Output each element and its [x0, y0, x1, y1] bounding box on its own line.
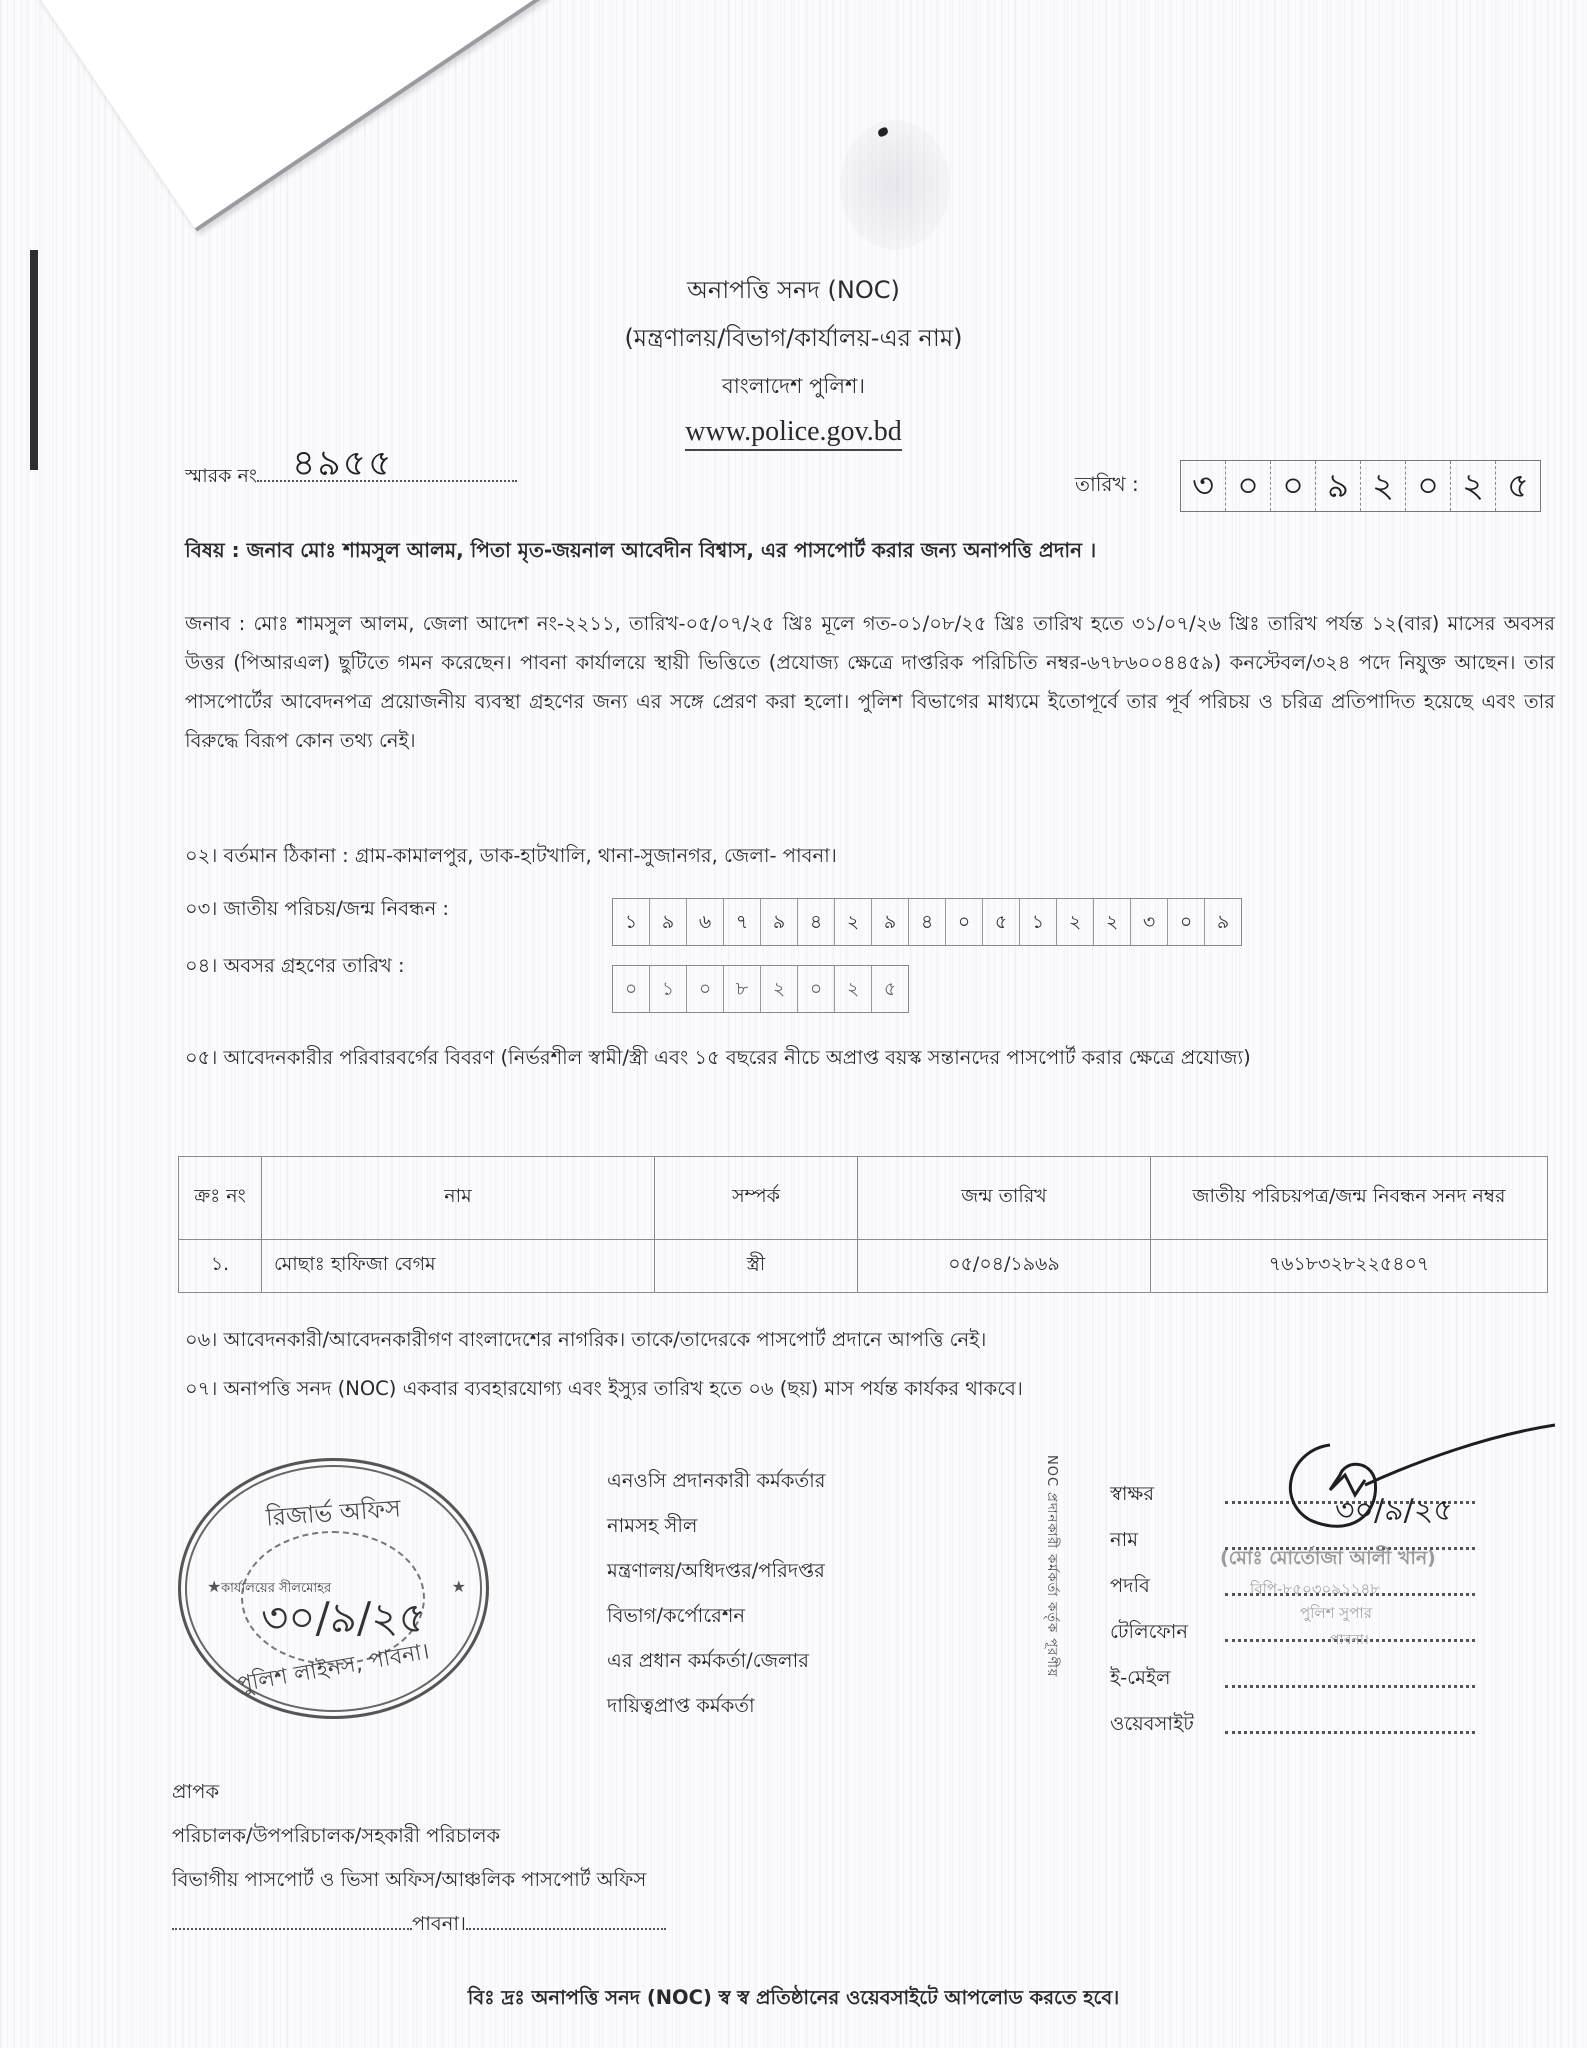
nid-digit: ২ [835, 899, 872, 945]
vertical-note: NOC প্রদানকারী কর্মকর্তা কর্তৃক পূরণীয় [1040, 1455, 1061, 1677]
recipient-label: প্রাপক [172, 1770, 666, 1814]
cell-name: মোছাঃ হাফিজা বেগম [262, 1240, 655, 1293]
nid-digit: ৯ [1205, 899, 1241, 945]
officer-stamp-name: (মোঃ মোর্তোজা আলী খান) [1220, 1544, 1436, 1576]
col-name: নাম [262, 1157, 655, 1240]
retirement-digit: ০ [613, 966, 650, 1012]
folded-corner [0, 0, 562, 232]
signature-field-label: ওয়েবসাইট [1110, 1710, 1225, 1742]
officer-line: এর প্রধান কর্মকর্তা/জেলার [607, 1638, 826, 1683]
retirement-digit-boxes: ০১০৮২০২৫ [612, 965, 909, 1013]
website-text[interactable]: www.police.gov.bd [685, 416, 901, 451]
nid-digit: ৩ [1131, 899, 1168, 945]
signature-field-label: নাম [1110, 1526, 1225, 1558]
table-header-row: ক্রঃ নং নাম সম্পর্ক জন্ম তারিখ জাতীয় পর… [179, 1157, 1548, 1240]
signature-date: ৩০/৯/২৫ [1335, 1486, 1453, 1537]
date-digit: ০ [1406, 461, 1451, 511]
nid-digit: ২ [1094, 899, 1131, 945]
nid-digit: ০ [946, 899, 983, 945]
cell-relation: স্ত্রী [655, 1240, 858, 1293]
memo-number-field: স্মারক নং৪৯৫৫ [185, 462, 517, 494]
signature-field-label: পদবি [1110, 1572, 1225, 1604]
recipient-line-3: পাবনা। [172, 1902, 666, 1946]
nid-digit: ৬ [687, 899, 724, 945]
cell-serial: ১. [179, 1240, 262, 1293]
col-birth-date: জন্ম তারিখ [858, 1157, 1151, 1240]
nid-digit: ১ [1020, 899, 1057, 945]
signature-field-label: ই-মেইল [1110, 1664, 1225, 1696]
retirement-digit: ০ [687, 966, 724, 1012]
memo-dotted-line: ৪৯৫৫ [257, 464, 517, 482]
officer-stamp-bp: বিপি-৮৫০৩০৯১১৪৮ [1250, 1578, 1380, 1603]
date-digit: ০ [1226, 461, 1271, 511]
document-title: অনাপত্তি সনদ (NOC) [0, 272, 1587, 312]
retirement-digit: ১ [650, 966, 687, 1012]
signature-field-row: ই-মেইল [1110, 1650, 1475, 1696]
nid-label: ০৩। জাতীয় পরিচয়/জন্ম নিবন্ধন : [185, 895, 449, 927]
signature-field-line [1225, 1685, 1475, 1688]
nid-digit: ৯ [761, 899, 798, 945]
date-digit: ২ [1361, 461, 1406, 511]
subject-line: বিষয় : জনাব মোঃ শামসুল আলম, পিতা মৃত-জয… [185, 536, 1565, 569]
dotted-line [172, 1914, 412, 1930]
col-serial: ক্রঃ নং [179, 1157, 262, 1240]
nid-digit: ১ [613, 899, 650, 945]
organization-name: বাংলাদেশ পুলিশ। [0, 370, 1587, 405]
retirement-digit: ৫ [872, 966, 908, 1012]
signature-field-row: টেলিফোন [1110, 1604, 1475, 1650]
cell-nid-number: ৭৬১৮৩২৮২২৫৪০৭ [1151, 1240, 1548, 1293]
memo-number-value: ৪৯৫৫ [292, 436, 393, 496]
office-seal: রিজার্ভ অফিস ★ ★ কার্যালয়ের সীলমোহর ৩০/… [178, 1458, 489, 1719]
recipient-block: প্রাপক পরিচালক/উপপরিচালক/সহকারী পরিচালক … [172, 1770, 666, 1946]
star-icon: ★ [452, 1577, 466, 1596]
retirement-date-label: ০৪। অবসর গ্রহণের তারিখ : [185, 952, 405, 984]
col-relation: সম্পর্ক [655, 1157, 858, 1240]
star-icon: ★ [207, 1577, 221, 1596]
present-address: ০২। বর্তমান ঠিকানা : গ্রাম-কামালপুর, ডাক… [185, 842, 837, 874]
officer-line: মন্ত্রণালয়/অধিদপ্তর/পরিদপ্তর [607, 1548, 826, 1593]
officer-description: এনওসি প্রদানকারী কর্মকর্তারনামসহ সীলমন্ত… [607, 1458, 826, 1728]
officer-stamp-location: পাবনা। [1330, 1628, 1369, 1652]
website-link[interactable]: www.police.gov.bd [0, 416, 1587, 448]
date-label: তারিখ : [1075, 470, 1139, 503]
signature-field-line [1225, 1731, 1475, 1734]
signature-field-label: টেলিফোন [1110, 1618, 1225, 1650]
nid-digit: ৪ [909, 899, 946, 945]
family-details-label: ০৫। আবেদনকারীর পরিবারবর্গের বিবরণ (নির্ভ… [185, 1038, 1555, 1078]
date-digit: ২ [1451, 461, 1496, 511]
validity-statement: ০৭। অনাপত্তি সনদ (NOC) একবার ব্যবহারযোগ্… [185, 1375, 1023, 1407]
recipient-line-2: বিভাগীয় পাসপোর্ট ও ভিসা অফিস/আঞ্চলিক পা… [172, 1858, 666, 1902]
emblem-icon [840, 120, 950, 250]
signature-field-row: ওয়েবসাইট [1110, 1696, 1475, 1742]
nid-digit: ৯ [872, 899, 909, 945]
signature-field-label: স্বাক্ষর [1110, 1480, 1225, 1512]
nid-digit: ০ [1168, 899, 1205, 945]
officer-line: নামসহ সীল [607, 1503, 826, 1548]
nid-digit: ৫ [983, 899, 1020, 945]
date-digit: ৩ [1181, 461, 1226, 511]
retirement-digit: ৮ [724, 966, 761, 1012]
date-digit-boxes: ৩০০৯২০২৫ [1180, 460, 1541, 512]
table-row: ১. মোছাঃ হাফিজা বেগম স্ত্রী ০৫/০৪/১৯৬৯ ৭… [179, 1240, 1548, 1293]
officer-stamp-title: পুলিশ সুপার [1300, 1602, 1372, 1627]
retirement-digit: ২ [761, 966, 798, 1012]
footnote: বিঃ দ্রঃ অনাপত্তি সনদ (NOC) স্ব স্ব প্রত… [0, 1984, 1587, 2016]
retirement-digit: ০ [798, 966, 835, 1012]
nid-digit-boxes: ১৯৬৭৯৪২৯৪০৫১২২৩০৯ [612, 898, 1242, 946]
family-table: ক্রঃ নং নাম সম্পর্ক জন্ম তারিখ জাতীয় পর… [178, 1156, 1548, 1293]
col-nid-number: জাতীয় পরিচয়পত্র/জন্ম নিবন্ধন সনদ নম্বর [1151, 1157, 1548, 1240]
memo-label: স্মারক নং [185, 465, 257, 487]
dotted-line [466, 1914, 666, 1930]
cell-birth-date: ০৫/০৪/১৯৬৯ [858, 1240, 1151, 1293]
nid-digit: ৯ [650, 899, 687, 945]
date-digit: ৯ [1316, 461, 1361, 511]
officer-line: বিভাগ/কর্পোরেশন [607, 1593, 826, 1638]
officer-line: এনওসি প্রদানকারী কর্মকর্তার [607, 1458, 826, 1503]
recipient-district: পাবনা। [412, 1912, 466, 1935]
retirement-digit: ২ [835, 966, 872, 1012]
citizenship-statement: ০৬। আবেদনকারী/আবেদনকারীগণ বাংলাদেশের নাগ… [185, 1326, 986, 1358]
body-paragraph: জনাব : মোঃ শামসুল আলম, জেলা আদেশ নং-২২১১… [185, 604, 1555, 760]
recipient-line-1: পরিচালক/উপপরিচালক/সহকারী পরিচালক [172, 1814, 666, 1858]
date-digit: ৫ [1496, 461, 1540, 511]
ministry-subtitle: (মন্ত্রণালয়/বিভাগ/কার্যালয়-এর নাম) [0, 320, 1587, 360]
nid-digit: ৭ [724, 899, 761, 945]
nid-digit: ২ [1057, 899, 1094, 945]
nid-digit: ৪ [798, 899, 835, 945]
date-digit: ০ [1271, 461, 1316, 511]
officer-line: দায়িত্বপ্রাপ্ত কর্মকর্তা [607, 1683, 826, 1728]
